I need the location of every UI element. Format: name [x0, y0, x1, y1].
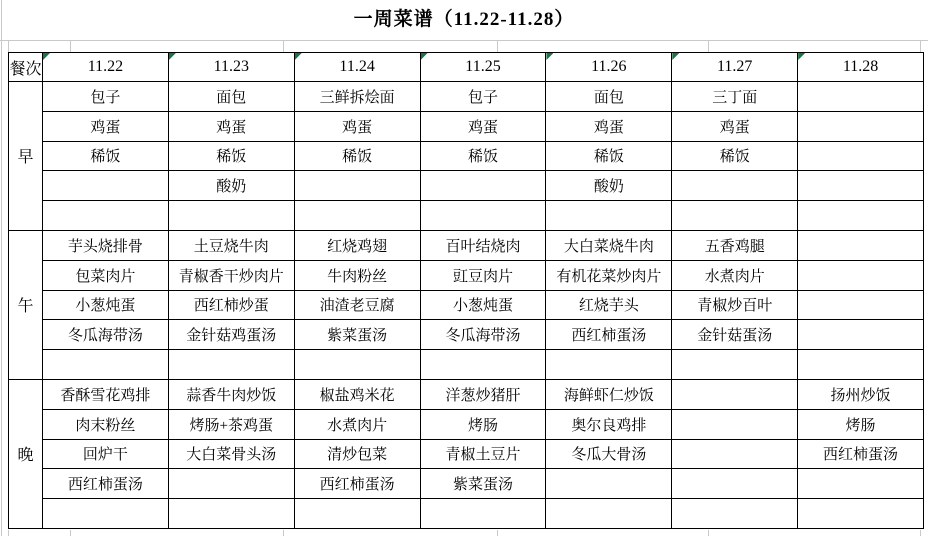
error-indicator-icon — [798, 53, 805, 60]
sheet-gridline — [708, 40, 709, 52]
menu-cell[interactable]: 水煮肉片 — [295, 410, 421, 440]
menu-cell[interactable]: 冬瓜海带汤 — [43, 320, 169, 350]
error-indicator-icon — [672, 53, 679, 60]
menu-cell[interactable]: 水煮肉片 — [672, 261, 798, 291]
menu-cell[interactable]: 包子 — [43, 82, 169, 112]
menu-cell[interactable]: 回炉干 — [43, 440, 169, 470]
menu-cell[interactable]: 奥尔良鸡排 — [546, 410, 672, 440]
sheet-gridline — [8, 40, 9, 52]
menu-cell[interactable]: 烤肠 — [421, 410, 547, 440]
meal-label-breakfast[interactable]: 早 — [9, 82, 43, 231]
date-label: 11.28 — [843, 58, 878, 76]
menu-cell[interactable]: 西红柿炒蛋 — [169, 291, 295, 321]
menu-cell[interactable]: 金针菇鸡蛋汤 — [169, 320, 295, 350]
sheet-gridline — [708, 530, 709, 536]
sheet-gridline — [497, 40, 498, 52]
menu-cell[interactable] — [798, 82, 924, 112]
menu-cell[interactable]: 洋葱炒猪肝 — [421, 380, 547, 410]
menu-cell[interactable]: 牛肉粉丝 — [295, 261, 421, 291]
menu-cell[interactable] — [672, 201, 798, 231]
menu-cell[interactable]: 稀饭 — [672, 142, 798, 172]
menu-cell[interactable]: 三丁面 — [672, 82, 798, 112]
menu-cell[interactable]: 紫菜蛋汤 — [295, 320, 421, 350]
sheet-gridline — [920, 40, 921, 52]
sheet-gridline — [70, 530, 71, 536]
menu-cell[interactable]: 酸奶 — [169, 171, 295, 201]
sheet-gridline — [283, 40, 284, 52]
sheet-gridline — [283, 530, 284, 536]
menu-cell[interactable] — [169, 350, 295, 380]
date-label: 11.24 — [339, 58, 374, 76]
menu-cell[interactable] — [169, 201, 295, 231]
menu-cell[interactable]: 土豆烧牛肉 — [169, 231, 295, 261]
date-label: 11.25 — [465, 58, 500, 76]
menu-cell[interactable]: 豇豆肉片 — [421, 261, 547, 291]
date-label: 11.22 — [88, 58, 123, 76]
menu-cell[interactable]: 酸奶 — [546, 171, 672, 201]
spreadsheet-canvas: 一周菜谱（11.22-11.28） 餐次11.2211.2311.2411.25… — [0, 0, 928, 536]
menu-cell[interactable]: 有机花菜炒肉片 — [546, 261, 672, 291]
menu-cell[interactable]: 面包 — [169, 82, 295, 112]
menu-cell[interactable] — [43, 499, 169, 529]
menu-cell[interactable]: 红烧鸡翅 — [295, 231, 421, 261]
date-header-cell[interactable]: 11.25 — [421, 53, 547, 82]
date-label: 11.27 — [717, 58, 752, 76]
menu-cell[interactable] — [421, 171, 547, 201]
meal-label-lunch[interactable]: 午 — [9, 231, 43, 380]
sheet-gridline — [1, 0, 2, 536]
menu-cell[interactable] — [546, 499, 672, 529]
sheet-gridline — [497, 530, 498, 536]
menu-cell[interactable]: 大白菜烧牛肉 — [546, 231, 672, 261]
date-header-cell[interactable]: 11.23 — [169, 53, 295, 82]
menu-cell[interactable]: 包子 — [421, 82, 547, 112]
menu-cell[interactable] — [798, 469, 924, 499]
menu-cell[interactable]: 稀饭 — [295, 142, 421, 172]
menu-cell[interactable] — [169, 499, 295, 529]
menu-cell[interactable]: 青椒香干炒肉片 — [169, 261, 295, 291]
menu-cell[interactable]: 鸡蛋 — [295, 112, 421, 142]
menu-cell[interactable]: 冬瓜大骨汤 — [546, 440, 672, 470]
error-indicator-icon — [43, 53, 50, 60]
menu-cell[interactable]: 鸡蛋 — [672, 112, 798, 142]
sheet-gridline — [920, 530, 921, 536]
menu-cell[interactable]: 金针菇蛋汤 — [672, 320, 798, 350]
menu-cell[interactable]: 香酥雪花鸡排 — [43, 380, 169, 410]
menu-cell[interactable]: 西红柿蛋汤 — [43, 469, 169, 499]
menu-cell[interactable]: 青椒炒百叶 — [672, 291, 798, 321]
menu-cell[interactable]: 大白菜骨头汤 — [169, 440, 295, 470]
page-title: 一周菜谱（11.22-11.28） — [0, 5, 928, 35]
menu-cell[interactable]: 冬瓜海带汤 — [421, 320, 547, 350]
menu-cell[interactable] — [672, 499, 798, 529]
menu-cell[interactable]: 清炒包菜 — [295, 440, 421, 470]
date-label: 11.26 — [591, 58, 626, 76]
menu-cell[interactable]: 鸡蛋 — [546, 112, 672, 142]
menu-cell[interactable] — [546, 350, 672, 380]
menu-cell[interactable] — [798, 350, 924, 380]
error-indicator-icon — [421, 53, 428, 60]
menu-cell[interactable]: 肉末粉丝 — [43, 410, 169, 440]
date-header-cell[interactable]: 11.24 — [295, 53, 421, 82]
menu-cell[interactable] — [546, 469, 672, 499]
menu-cell[interactable] — [798, 231, 924, 261]
sheet-gridline — [8, 530, 9, 536]
menu-cell[interactable] — [672, 380, 798, 410]
date-label: 11.23 — [214, 58, 249, 76]
menu-cell[interactable] — [798, 112, 924, 142]
menu-cell[interactable] — [43, 350, 169, 380]
menu-cell[interactable]: 椒盐鸡米花 — [295, 380, 421, 410]
menu-cell[interactable]: 西红柿蛋汤 — [295, 469, 421, 499]
menu-cell[interactable]: 稀饭 — [546, 142, 672, 172]
menu-cell[interactable]: 稀饭 — [169, 142, 295, 172]
menu-cell[interactable]: 西红柿蛋汤 — [546, 320, 672, 350]
menu-cell[interactable] — [169, 469, 295, 499]
menu-cell[interactable] — [672, 171, 798, 201]
menu-cell[interactable]: 小葱炖蛋 — [421, 291, 547, 321]
menu-cell[interactable]: 三鲜拆烩面 — [295, 82, 421, 112]
menu-cell[interactable] — [421, 350, 547, 380]
menu-cell[interactable] — [798, 291, 924, 321]
menu-cell[interactable]: 百叶结烧肉 — [421, 231, 547, 261]
menu-table: 餐次11.2211.2311.2411.2511.2611.2711.28早包子… — [8, 52, 924, 529]
menu-cell[interactable] — [421, 499, 547, 529]
menu-cell[interactable]: 红烧芋头 — [546, 291, 672, 321]
menu-cell[interactable] — [295, 499, 421, 529]
error-indicator-icon — [546, 53, 553, 60]
menu-cell[interactable] — [672, 440, 798, 470]
menu-cell[interactable]: 鸡蛋 — [421, 112, 547, 142]
menu-cell[interactable]: 烤肠+茶鸡蛋 — [169, 410, 295, 440]
menu-cell[interactable]: 芋头烧排骨 — [43, 231, 169, 261]
menu-cell[interactable]: 海鲜虾仁炒饭 — [546, 380, 672, 410]
menu-cell[interactable] — [43, 171, 169, 201]
menu-cell[interactable]: 鸡蛋 — [169, 112, 295, 142]
date-header-cell[interactable]: 11.22 — [43, 53, 169, 82]
menu-cell[interactable] — [295, 201, 421, 231]
menu-cell[interactable]: 油渣老豆腐 — [295, 291, 421, 321]
date-header-cell[interactable]: 11.26 — [546, 53, 672, 82]
menu-cell[interactable]: 鸡蛋 — [43, 112, 169, 142]
menu-cell[interactable]: 稀饭 — [43, 142, 169, 172]
menu-cell[interactable] — [295, 350, 421, 380]
menu-cell[interactable] — [798, 320, 924, 350]
menu-cell[interactable] — [798, 171, 924, 201]
menu-cell[interactable]: 包菜肉片 — [43, 261, 169, 291]
menu-cell[interactable]: 青椒土豆片 — [421, 440, 547, 470]
menu-cell[interactable] — [421, 201, 547, 231]
menu-cell[interactable] — [546, 201, 672, 231]
corner-header-cell[interactable]: 餐次 — [9, 53, 43, 82]
menu-cell[interactable]: 小葱炖蛋 — [43, 291, 169, 321]
menu-cell[interactable] — [798, 261, 924, 291]
menu-cell[interactable] — [672, 469, 798, 499]
menu-cell[interactable] — [798, 142, 924, 172]
menu-cell[interactable]: 烤肠 — [798, 410, 924, 440]
menu-cell[interactable] — [672, 350, 798, 380]
menu-cell[interactable] — [43, 201, 169, 231]
menu-cell[interactable]: 紫菜蛋汤 — [421, 469, 547, 499]
menu-cell[interactable]: 面包 — [546, 82, 672, 112]
menu-cell[interactable]: 五香鸡腿 — [672, 231, 798, 261]
meal-label-dinner[interactable]: 晚 — [9, 380, 43, 529]
menu-cell[interactable] — [672, 410, 798, 440]
sheet-gridline — [0, 40, 928, 41]
menu-cell[interactable]: 扬州炒饭 — [798, 380, 924, 410]
error-indicator-icon — [295, 53, 302, 60]
menu-cell[interactable] — [798, 201, 924, 231]
menu-cell[interactable]: 西红柿蛋汤 — [798, 440, 924, 470]
menu-cell[interactable] — [295, 171, 421, 201]
menu-cell[interactable]: 蒜香牛肉炒饭 — [169, 380, 295, 410]
menu-cell[interactable]: 稀饭 — [421, 142, 547, 172]
menu-cell[interactable] — [798, 499, 924, 529]
error-indicator-icon — [169, 53, 176, 60]
sheet-gridline — [70, 40, 71, 52]
date-header-cell[interactable]: 11.27 — [672, 53, 798, 82]
date-header-cell[interactable]: 11.28 — [798, 53, 924, 82]
